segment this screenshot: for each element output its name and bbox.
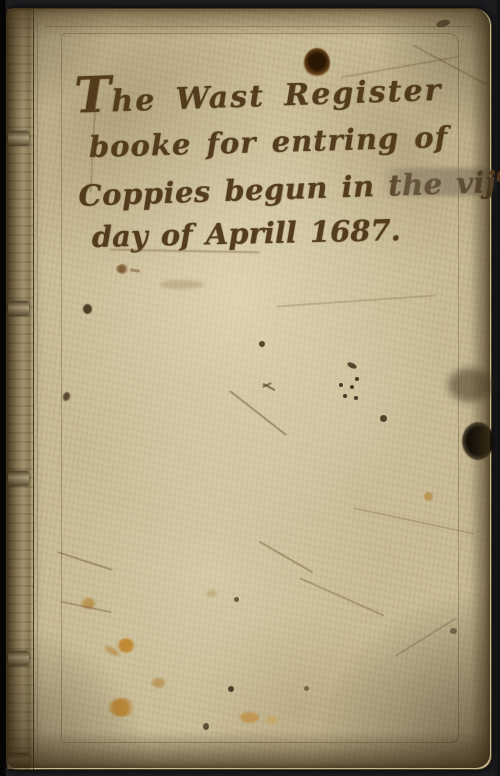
cover-inscription: The Wast Register booke for entring of C… [64,67,456,254]
spine-fold-crease [37,21,38,755]
inscription-line-1: The Wast Register [74,62,455,123]
spine-sewing-band [8,301,29,316]
spine-sewing-band [8,651,29,666]
photo-background: The Wast Register booke for entring of C… [0,0,500,776]
spine-sewing-band [8,131,29,146]
inscription-line-3: Coppies begun in the vijth [78,160,456,215]
inscription-superscript: th [496,168,500,186]
inscription-text: Coppies begun in the vij [78,165,497,213]
inscription-line-4: day of Aprill 1687. [91,209,456,255]
inscription-line-2: booke for entring of [88,118,455,166]
inscription-text: day of Aprill 1687. [91,213,401,254]
book-cover: The Wast Register booke for entring of C… [6,8,492,770]
book-spine [7,9,34,769]
spine-sewing-band [8,753,29,768]
inscription-text: booke for entring of [88,120,448,164]
spine-sewing-band [8,471,29,486]
turn-in-crease-top [45,26,473,27]
inscription-text: The Wast Register [74,73,443,121]
